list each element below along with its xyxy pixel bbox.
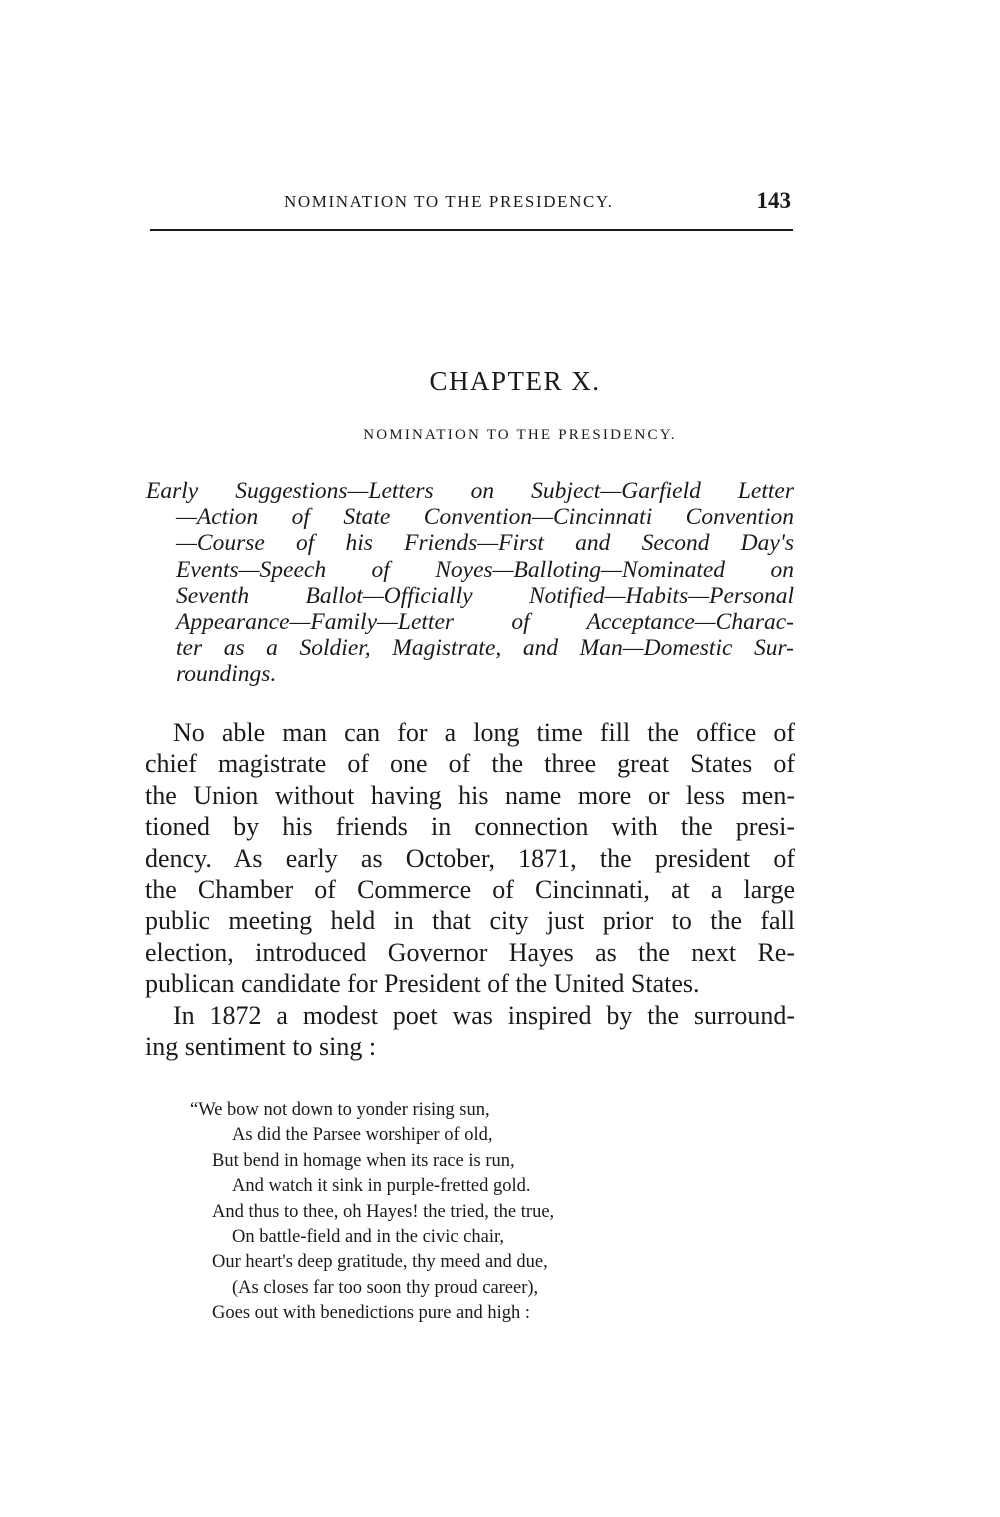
synopsis-line: —Course of his Friends—First and Second … bbox=[146, 530, 794, 556]
synopsis-line: —Action of State Convention—Cincinnati C… bbox=[146, 504, 794, 530]
page-number: 143 bbox=[757, 188, 792, 214]
chapter-title: CHAPTER X. bbox=[0, 366, 1000, 397]
synopsis-line: Events—Speech of Noyes—Balloting—Nominat… bbox=[146, 557, 794, 583]
paragraph-2: In 1872 a modest poet was inspired by th… bbox=[145, 1000, 795, 1063]
poem-line: “We bow not down to yonder rising sun, bbox=[190, 1098, 750, 1123]
running-title: NOMINATION TO THE PRESIDENCY. bbox=[284, 192, 613, 212]
poem-line: (As closes far too soon thy proud career… bbox=[190, 1276, 750, 1301]
text-line: the Union without having his name more o… bbox=[145, 780, 795, 811]
synopsis-line: Early Suggestions—Letters on Subject—Gar… bbox=[146, 478, 794, 504]
synopsis-line: roundings. bbox=[146, 661, 794, 687]
poem-line: And watch it sink in purple-fretted gold… bbox=[190, 1174, 750, 1199]
text-line: publican candidate for President of the … bbox=[145, 968, 795, 999]
text-line: No able man can for a long time fill the… bbox=[145, 717, 795, 748]
poem-line: As did the Parsee worshiper of old, bbox=[190, 1123, 750, 1148]
synopsis-line: ter as a Soldier, Magistrate, and Man—Do… bbox=[146, 635, 794, 661]
book-page: NOMINATION TO THE PRESIDENCY. 143 CHAPTE… bbox=[0, 0, 1000, 1517]
chapter-subtitle: NOMINATION TO THE PRESIDENCY. bbox=[0, 427, 1000, 444]
body-text: No able man can for a long time fill the… bbox=[145, 717, 795, 1062]
header-rule bbox=[150, 229, 793, 231]
text-line: public meeting held in that city just pr… bbox=[145, 905, 795, 936]
text-line: dency. As early as October, 1871, the pr… bbox=[145, 843, 795, 874]
synopsis-line: Seventh Ballot—Officially Notified—Habit… bbox=[146, 583, 794, 609]
text-line: election, introduced Governor Hayes as t… bbox=[145, 937, 795, 968]
text-line: tioned by his friends in connection with… bbox=[145, 811, 795, 842]
text-line: chief magistrate of one of the three gre… bbox=[145, 748, 795, 779]
poem-line: Our heart's deep gratitude, thy meed and… bbox=[190, 1250, 750, 1275]
text-line: In 1872 a modest poet was inspired by th… bbox=[145, 1000, 795, 1031]
running-header: NOMINATION TO THE PRESIDENCY. 143 bbox=[150, 188, 793, 218]
text-line: the Chamber of Commerce of Cincinnati, a… bbox=[145, 874, 795, 905]
text-line: ing sentiment to sing : bbox=[145, 1031, 795, 1062]
poem-quote: “We bow not down to yonder rising sun, A… bbox=[190, 1098, 750, 1327]
poem-line: But bend in homage when its race is run, bbox=[190, 1149, 750, 1174]
synopsis-line: Appearance—Family—Letter of Acceptance—C… bbox=[146, 609, 794, 635]
paragraph-1: No able man can for a long time fill the… bbox=[145, 717, 795, 1000]
chapter-synopsis: Early Suggestions—Letters on Subject—Gar… bbox=[146, 478, 794, 688]
poem-line: On battle-field and in the civic chair, bbox=[190, 1225, 750, 1250]
poem-line: And thus to thee, oh Hayes! the tried, t… bbox=[190, 1200, 750, 1225]
poem-line: Goes out with benedictions pure and high… bbox=[190, 1301, 750, 1326]
